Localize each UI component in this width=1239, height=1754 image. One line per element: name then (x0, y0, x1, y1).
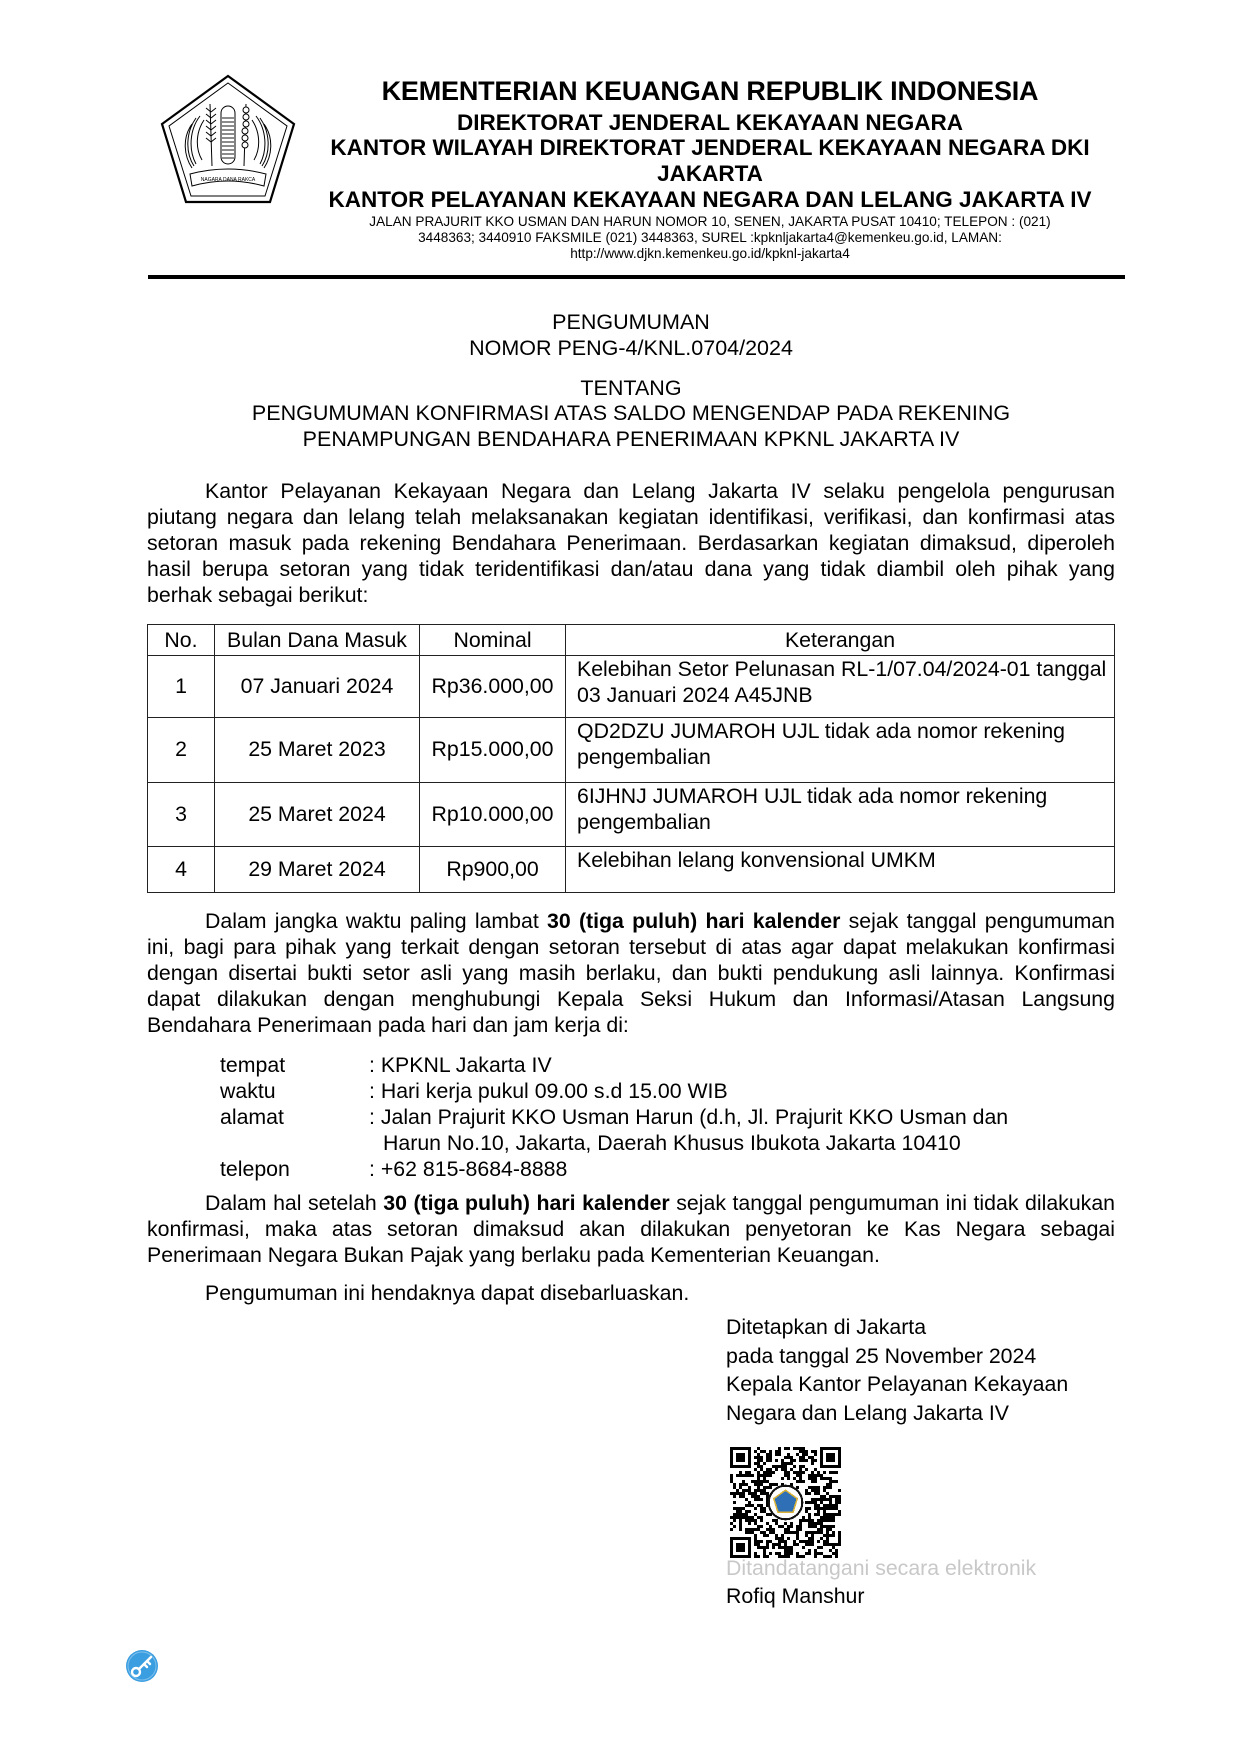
signature-position-2: Negara dan Lelang Jakarta IV (726, 1399, 1009, 1428)
row-note: Kelebihan Setor Pelunasan RL-1/07.04/202… (566, 656, 1115, 718)
document-type: PENGUMUMAN (147, 310, 1115, 335)
row-date: 25 Maret 2023 (215, 718, 420, 783)
header-no: No. (148, 625, 215, 656)
table-header-row: No. Bulan Dana Masuk Nominal Keterangan (148, 625, 1115, 656)
row-no: 2 (148, 718, 215, 783)
confirmation-paragraph: Dalam jangka waktu paling lambat 30 (tig… (147, 909, 1115, 1039)
row-amount: Rp10.000,00 (420, 783, 566, 847)
row-date: 29 Maret 2024 (215, 847, 420, 893)
subject-line-1: PENGUMUMAN KONFIRMASI ATAS SALDO MENGEND… (147, 401, 1115, 426)
deadline-emphasis: 30 (tiga puluh) hari kalender (383, 1191, 669, 1215)
row-note: Kelebihan lelang konvensional UMKM (566, 847, 1115, 893)
table-row: 1 07 Januari 2024 Rp36.000,00 Kelebihan … (148, 656, 1115, 718)
signature-place: Ditetapkan di Jakarta (726, 1313, 926, 1342)
row-amount: Rp900,00 (420, 847, 566, 893)
table-row: 2 25 Maret 2023 Rp15.000,00 QD2DZU JUMAR… (148, 718, 1115, 783)
letterhead-address: JALAN PRAJURIT KKO USMAN DAN HARUN NOMOR… (300, 214, 1120, 262)
closing-paragraph: Pengumuman ini hendaknya dapat disebarlu… (147, 1281, 1115, 1307)
header-note: Keterangan (566, 625, 1115, 656)
row-date: 25 Maret 2024 (215, 783, 420, 847)
letterhead-regional-office: KANTOR WILAYAH DIREKTORAT JENDERAL KEKAY… (300, 135, 1120, 161)
header-divider (148, 275, 1125, 279)
signer-name: Rofiq Manshur (726, 1584, 865, 1609)
intro-paragraph: Kantor Pelayanan Kekayaan Negara dan Lel… (147, 479, 1115, 609)
table-row: 4 29 Maret 2024 Rp900,00 Kelebihan lelan… (148, 847, 1115, 893)
row-date: 07 Januari 2024 (215, 656, 420, 718)
letterhead-directorate: DIREKTORAT JENDERAL KEKAYAAN NEGARA (300, 110, 1120, 136)
row-note: QD2DZU JUMAROH UJL tidak ada nomor reken… (566, 718, 1115, 783)
signature-position-1: Kepala Kantor Pelayanan Kekayaan (726, 1370, 1068, 1399)
deposit-table: No. Bulan Dana Masuk Nominal Keterangan … (147, 624, 1115, 893)
table-row: 3 25 Maret 2024 Rp10.000,00 6IJHNJ JUMAR… (148, 783, 1115, 847)
svg-text:NAGARA DANA RAKCA: NAGARA DANA RAKCA (201, 177, 256, 183)
header-date: Bulan Dana Masuk (215, 625, 420, 656)
signature-date: pada tanggal 25 November 2024 (726, 1342, 1036, 1371)
row-no: 4 (148, 847, 215, 893)
document-number: NOMOR PENG-4/KNL.0704/2024 (147, 336, 1115, 361)
letterhead-office: KANTOR PELAYANAN KEKAYAAN NEGARA DAN LEL… (300, 187, 1120, 213)
subject-line-2: PENAMPUNGAN BENDAHARA PENERIMAAN KPKNL J… (147, 427, 1115, 452)
kemenkeu-emblem-icon: NAGARA DANA RAKCA (160, 74, 296, 206)
letterhead-ministry: KEMENTERIAN KEUANGAN REPUBLIK INDONESIA (300, 76, 1120, 107)
row-amount: Rp36.000,00 (420, 656, 566, 718)
header-amount: Nominal (420, 625, 566, 656)
deposit-to-treasury-paragraph: Dalam hal setelah 30 (tiga puluh) hari k… (147, 1191, 1115, 1269)
letterhead-regional-office-cont: JAKARTA (300, 161, 1120, 187)
electronic-signature-note: Ditandatangani secara elektronik (726, 1556, 1036, 1581)
row-no: 3 (148, 783, 215, 847)
qr-code-icon (730, 1447, 841, 1558)
row-no: 1 (148, 656, 215, 718)
deadline-emphasis: 30 (tiga puluh) hari kalender (547, 909, 840, 933)
row-note: 6IJHNJ JUMAROH UJL tidak ada nomor reken… (566, 783, 1115, 847)
row-amount: Rp15.000,00 (420, 718, 566, 783)
about-label: TENTANG (147, 376, 1115, 401)
key-icon (124, 1648, 160, 1684)
